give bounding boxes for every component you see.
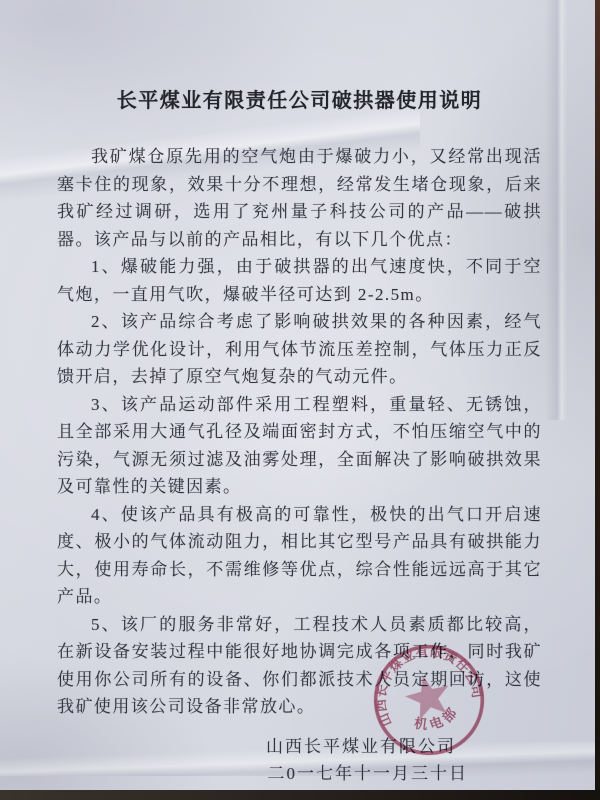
document-content: 长平煤业有限责任公司破拱器使用说明 我矿煤仓原先用的空气炮由于爆破力小，又经常出… (0, 0, 595, 788)
photo-edge-bottom (0, 790, 600, 800)
paragraph-point-3: 3、该产品运动部件采用工程塑料，重量轻、无锈蚀，且全部采用大通气孔径及端面密封方… (57, 391, 542, 501)
paper-sheet: 长平煤业有限责任公司破拱器使用说明 我矿煤仓原先用的空气炮由于爆破力小，又经常出… (0, 0, 595, 790)
photo-edge-right (595, 0, 600, 800)
photo-of-document: 长平煤业有限责任公司破拱器使用说明 我矿煤仓原先用的空气炮由于爆破力小，又经常出… (0, 0, 600, 800)
paragraph-point-4: 4、使该产品具有极高的可靠性，极快的出气口开启速度、极小的气体流动阻力，相比其它… (57, 501, 542, 611)
paragraph-point-1: 1、爆破能力强，由于破拱器的出气速度快，不同于空气炮，一直用气吹，爆破半径可达到… (57, 253, 542, 308)
document-title: 长平煤业有限责任公司破拱器使用说明 (57, 86, 542, 116)
paragraph-point-2: 2、该产品综合考虑了影响破拱效果的各种因素，经气体动力学优化设计，利用气体节流压… (57, 308, 542, 391)
paragraph-intro: 我矿煤仓原先用的空气炮由于爆破力小，又经常出现活塞卡住的现象，效果十分不理想，经… (57, 143, 542, 253)
signature-date: 二0一七年十一月三十日 (57, 760, 542, 788)
